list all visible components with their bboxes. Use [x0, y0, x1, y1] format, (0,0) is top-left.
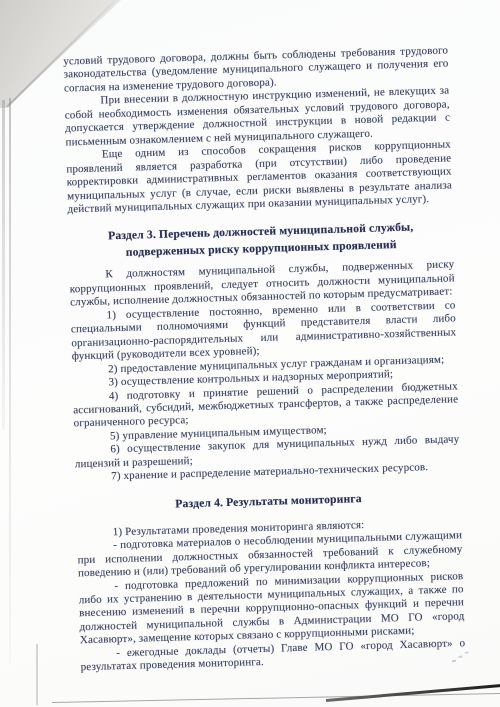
paragraph: Еще одним из способов сокращения рисков … [66, 139, 453, 217]
left-bottom-edge-line [36, 644, 38, 705]
document-text-block: условий трудового договора, должны быть … [63, 44, 466, 675]
bottom-page-edge-thin-line [52, 693, 500, 703]
left-page-edge-line [9, 98, 11, 663]
section-3-heading: Раздел 3. Перечень должностей муниципаль… [78, 218, 444, 262]
left-edge-shadow-strip [2, 100, 5, 430]
scanned-page-background: условий трудового договора, должны быть … [0, 0, 500, 707]
dash-item: - подготовка предложений по минимизации … [78, 570, 465, 648]
section-4-heading: Раздел 4. Результаты мониторинга [76, 487, 461, 515]
